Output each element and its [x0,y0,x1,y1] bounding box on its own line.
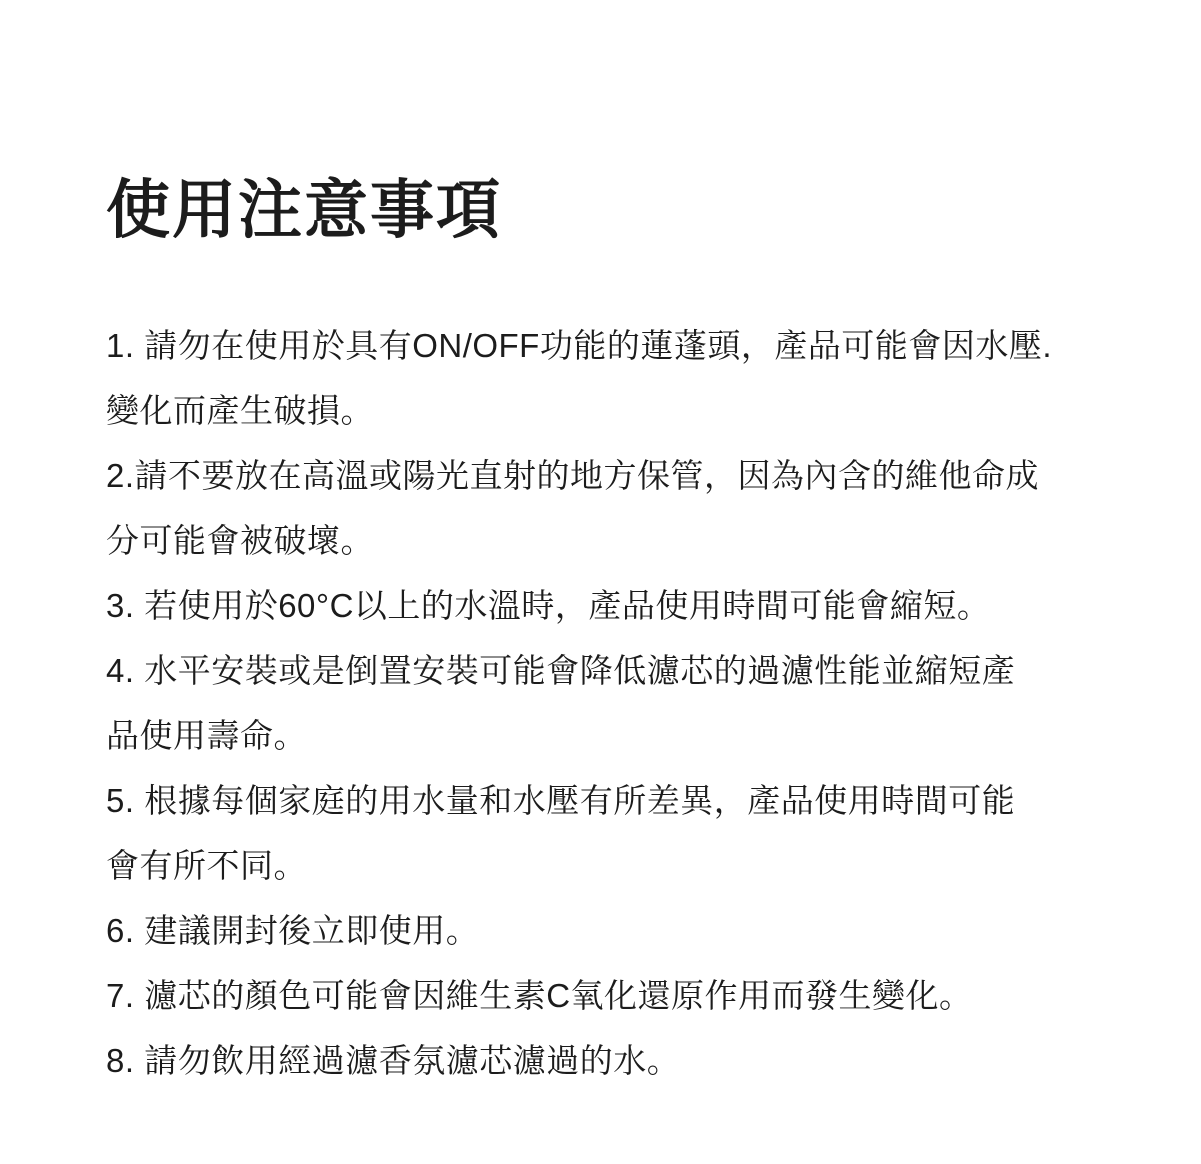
note-item-6: 6. 建議開封後立即使用。 [106,898,1171,963]
note-item-3: 3. 若使用於60°C以上的水溫時，產品使用時間可能會縮短。 [106,573,1171,638]
note-item-2: 2.請不要放在高溫或陽光直射的地方保管，因為內含的維他命成 分可能會被破壞。 [106,443,1171,573]
page-title: 使用注意事項 [106,178,1171,242]
note-item-4: 4. 水平安裝或是倒置安裝可能會降低濾芯的過濾性能並縮短產 品使用壽命。 [106,638,1171,768]
note-item-5: 5. 根據每個家庭的用水量和水壓有所差異，產品使用時間可能 會有所不同。 [106,768,1171,898]
note-item-8: 8. 請勿飲用經過濾香氛濾芯濾過的水。 [106,1028,1171,1093]
notes-list: 1. 請勿在使用於具有ON/OFF功能的蓮蓬頭，產品可能會因水壓. 變化而產生破… [106,313,1171,1093]
note-item-7: 7. 濾芯的顏色可能會因維生素C氧化還原作用而發生變化。 [106,963,1171,1028]
note-item-1: 1. 請勿在使用於具有ON/OFF功能的蓮蓬頭，產品可能會因水壓. 變化而產生破… [106,313,1171,443]
document-page: 使用注意事項 1. 請勿在使用於具有ON/OFF功能的蓮蓬頭，產品可能會因水壓.… [0,0,1201,1164]
